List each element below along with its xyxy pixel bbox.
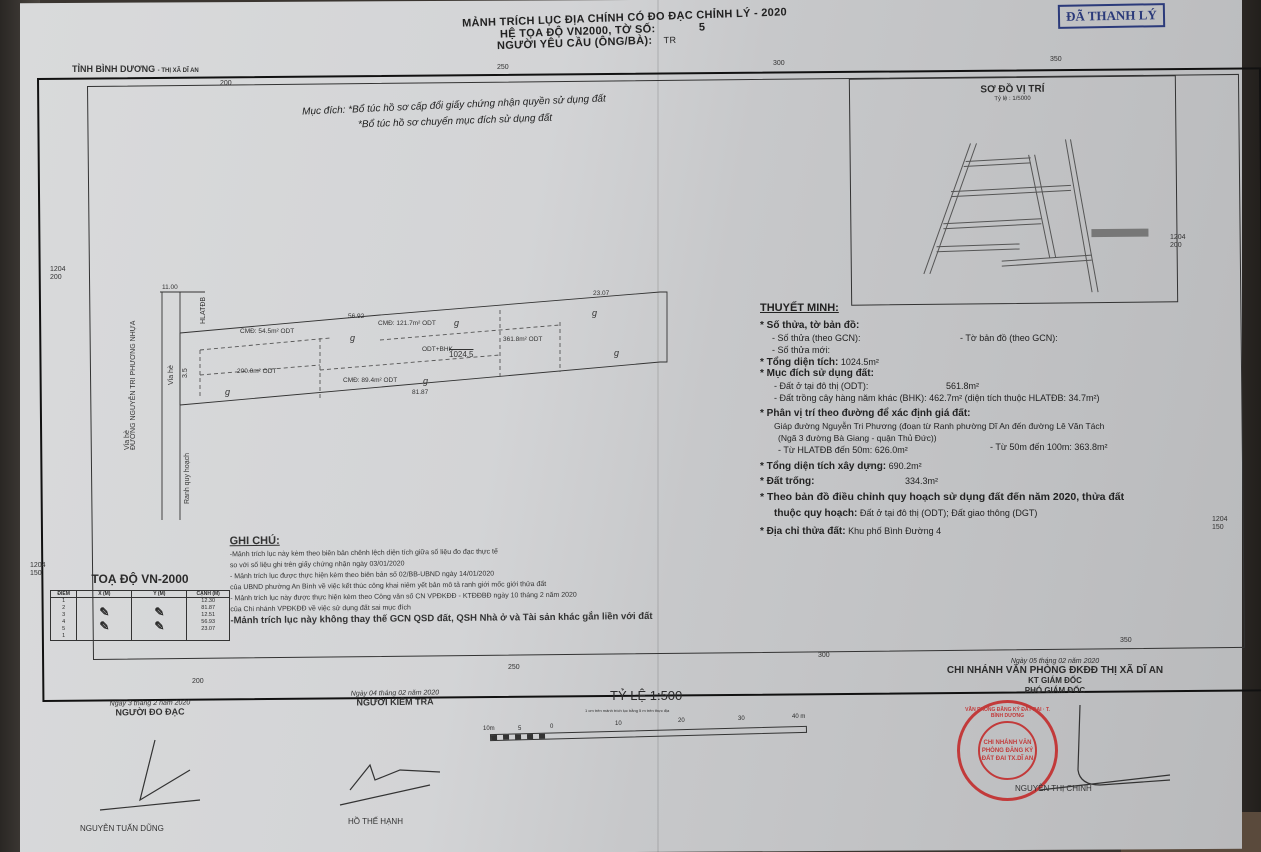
inspector-name: HỒ THẾ HẠNH xyxy=(348,817,403,826)
office-line1: KT GIÁM ĐỐC xyxy=(930,676,1180,686)
edge-length: 81.87 xyxy=(189,605,227,612)
area-label: CMĐ: 54.5m² ODT xyxy=(240,328,294,335)
explanation-title: THUYẾT MINH: xyxy=(760,302,1180,314)
empty-land-label: * Đất trống: xyxy=(760,476,814,487)
col-x: X (M) xyxy=(77,591,132,598)
parcel-area-label: 1024.5 xyxy=(449,350,473,359)
zone2-value: 363.8m² xyxy=(1074,442,1107,452)
scale-label: 5 xyxy=(518,726,521,732)
bhk-value: 462.7m² (diện tích thuộc HLATĐB: 34.7m²) xyxy=(929,393,1099,403)
scale-label: 30 xyxy=(738,716,745,722)
tree-marker-icon: g xyxy=(614,348,619,358)
notes-block: GHI CHÚ: -Mảnh trích lục này kèm theo bi… xyxy=(230,531,671,627)
area-label: 200.0m² ODT xyxy=(237,368,276,375)
inspector-signature-icon xyxy=(330,750,450,810)
inspector-signature-block: Ngày 04 tháng 02 năm 2020 NGƯỜI KIỂM TRA xyxy=(320,689,470,708)
scale-label: 20 xyxy=(678,718,685,724)
scale-label: 0 xyxy=(550,724,553,730)
inspector-name-wrap: HỒ THẾ HẠNH xyxy=(348,817,403,826)
odt-label: - Đất ở tại đô thị (ODT): xyxy=(774,381,868,391)
x-column-redacted: ✎✎ xyxy=(77,598,132,641)
tree-marker-icon: g xyxy=(423,376,428,386)
parcel-new-label: - Số thửa mới: xyxy=(760,344,1180,356)
zone1-value: 626.0m² xyxy=(875,445,908,455)
built-area-value: 690.2m² xyxy=(889,461,922,471)
surveyor-signature-icon xyxy=(80,730,210,820)
point-id: 2 xyxy=(53,605,74,612)
zone1-label: - Từ HLATĐB đến 50m: xyxy=(778,445,872,455)
coordinate-grid: ĐIỂM X (M) Y (M) CẠNH (M) 1 2 3 4 5 1 ✎✎… xyxy=(50,590,230,641)
dimension-bottom: 81.87 xyxy=(412,389,428,396)
built-area-label: * Tổng diện tích xây dựng: xyxy=(760,461,886,472)
land-use-heading: * Mục đích sử dụng đất: xyxy=(760,368,1180,380)
scale-note: 1 cm trên mảnh trích lục bằng 5 m trên t… xyxy=(585,708,669,713)
address-value: Khu phố Bình Đường 4 xyxy=(848,526,941,536)
office-line2: PHÓ GIÁM ĐỐC xyxy=(930,686,1180,696)
dimension-top-right: 23.07 xyxy=(593,290,609,297)
parcel-heading: * Số thửa, tờ bản đồ: xyxy=(760,320,1180,332)
y-column-redacted: ✎✎ xyxy=(132,598,187,641)
inspector-role: NGƯỜI KIỂM TRA xyxy=(320,696,470,708)
position-line1: Giáp đường Nguyễn Tri Phương (đoạn từ Ra… xyxy=(760,420,1180,432)
tree-marker-icon: g xyxy=(225,387,230,397)
scale-bar-graphic xyxy=(490,726,807,741)
point-id: 5 xyxy=(53,626,74,633)
office-signer-name: NGUYỄN THỊ CHINH xyxy=(1015,784,1092,793)
area-label: CMĐ: 89.4m² ODT xyxy=(343,377,397,384)
parcel-gcn-label: - Số thửa (theo GCN): xyxy=(772,333,861,343)
area-label: CMĐ: 121.7m² ODT xyxy=(378,320,436,327)
edge-length: 12.51 xyxy=(189,612,227,619)
address-label: * Địa chỉ thửa đất: xyxy=(760,526,846,537)
tree-marker-icon: g xyxy=(454,318,459,328)
office-date: Ngày 05 tháng 02 năm 2020 xyxy=(930,658,1180,665)
parcel-marker xyxy=(1091,229,1148,238)
seal-center-text: CHI NHÁNH VĂN PHÒNG ĐĂNG KÝ ĐẤT ĐAI TX.D… xyxy=(978,721,1037,780)
surveyor-signature-block: Ngày 3 tháng 2 năm 2020 NGƯỜI ĐO ĐẠC xyxy=(70,699,230,718)
col-edge: CẠNH (M) xyxy=(187,591,230,598)
office-name: CHI NHÁNH VĂN PHÒNG ĐKĐĐ THỊ XÃ DĨ AN xyxy=(930,665,1180,676)
scale-label: 10m xyxy=(483,726,495,732)
tree-marker-icon: g xyxy=(350,333,355,343)
planning-boundary-label: Ranh quy hoạch xyxy=(184,453,191,504)
office-signature-block: Ngày 05 tháng 02 năm 2020 CHI NHÁNH VĂN … xyxy=(930,658,1180,696)
point-column: 1 2 3 4 5 1 xyxy=(51,598,77,641)
point-id: 4 xyxy=(53,619,74,626)
bhk-label: - Đất trồng cây hàng năm khác (BHK): xyxy=(774,393,927,403)
sheet-gcn-label: - Tờ bản đồ (theo GCN): xyxy=(960,332,1058,344)
position-line2: (Ngã 3 đường Bà Giang - quận Thủ Đức)) xyxy=(760,432,1180,444)
planning-heading: * Theo bản đồ điều chỉnh quy hoạch sử dụ… xyxy=(760,491,1180,503)
position-heading: * Phân vị trí theo đường để xác định giá… xyxy=(760,408,1180,420)
sidewalk-inner-label: Vỉa hè xyxy=(168,365,175,385)
area-label: 361.8m² ODT xyxy=(503,336,542,343)
parcel-gcn-row: - Số thửa (theo GCN): - Tờ bản đồ (theo … xyxy=(760,332,1180,344)
edge-length: 56.93 xyxy=(189,619,227,626)
odt-value: 561.8m² xyxy=(946,380,979,392)
edge-length: 12.30 xyxy=(189,598,227,605)
scale-title: TỶ LỆ 1:500 xyxy=(610,688,682,703)
planning-value: Đất ở tại đô thị (ODT); Đất giao thông (… xyxy=(860,508,1037,518)
point-id: 1 xyxy=(53,598,74,605)
office-signer-wrap: NGUYỄN THỊ CHINH xyxy=(1015,784,1092,793)
location-map: SƠ ĐỒ VỊ TRÍ Tỷ lệ : 1/5000 xyxy=(849,75,1178,305)
dimension-front: 11.00 xyxy=(162,284,178,291)
point-id: 3 xyxy=(53,612,74,619)
explanation-block: THUYẾT MINH: * Số thửa, tờ bản đồ: - Số … xyxy=(760,302,1180,537)
setback-label: HLATĐB xyxy=(200,297,207,324)
coordinate-table: TOẠ ĐỘ VN-2000 ĐIỂM X (M) Y (M) CẠNH (M)… xyxy=(50,572,230,641)
surveyor-name: NGUYỄN TUẤN DŨNG xyxy=(80,824,164,833)
point-id: 1 xyxy=(53,633,74,640)
road-name-label: ĐƯỜNG NGUYỄN TRI PHƯƠNG NHỰA xyxy=(130,321,137,450)
empty-land-value: 334.3m² xyxy=(905,475,938,487)
edge-length: 23.07 xyxy=(189,626,227,633)
coordinate-title: TOẠ ĐỘ VN-2000 xyxy=(50,572,230,586)
sidewalk-width-label: 3.5 xyxy=(182,368,189,378)
road-network-map xyxy=(850,76,1177,304)
total-area-label: * Tổng diện tích: xyxy=(760,357,838,368)
dimension-top: 56.92 xyxy=(348,313,364,320)
col-point: ĐIỂM xyxy=(51,591,77,598)
edge-column: 12.30 81.87 12.51 56.93 23.07 xyxy=(187,598,230,641)
scale-label: 10 xyxy=(615,721,622,727)
planning-label: thuộc quy hoạch: xyxy=(774,508,857,519)
tree-marker-icon: g xyxy=(592,308,597,318)
zone2-label: - Từ 50m đến 100m: xyxy=(990,442,1072,452)
surveyor-name-wrap: NGUYỄN TUẤN DŨNG xyxy=(80,824,164,833)
scale-label: 40 m xyxy=(792,714,805,720)
total-area-value: 1024.5m² xyxy=(841,357,879,367)
col-y: Y (M) xyxy=(132,591,187,598)
scale-bar: TỶ LỆ 1:500 1 cm trên mảnh trích lục bằn… xyxy=(480,688,820,748)
